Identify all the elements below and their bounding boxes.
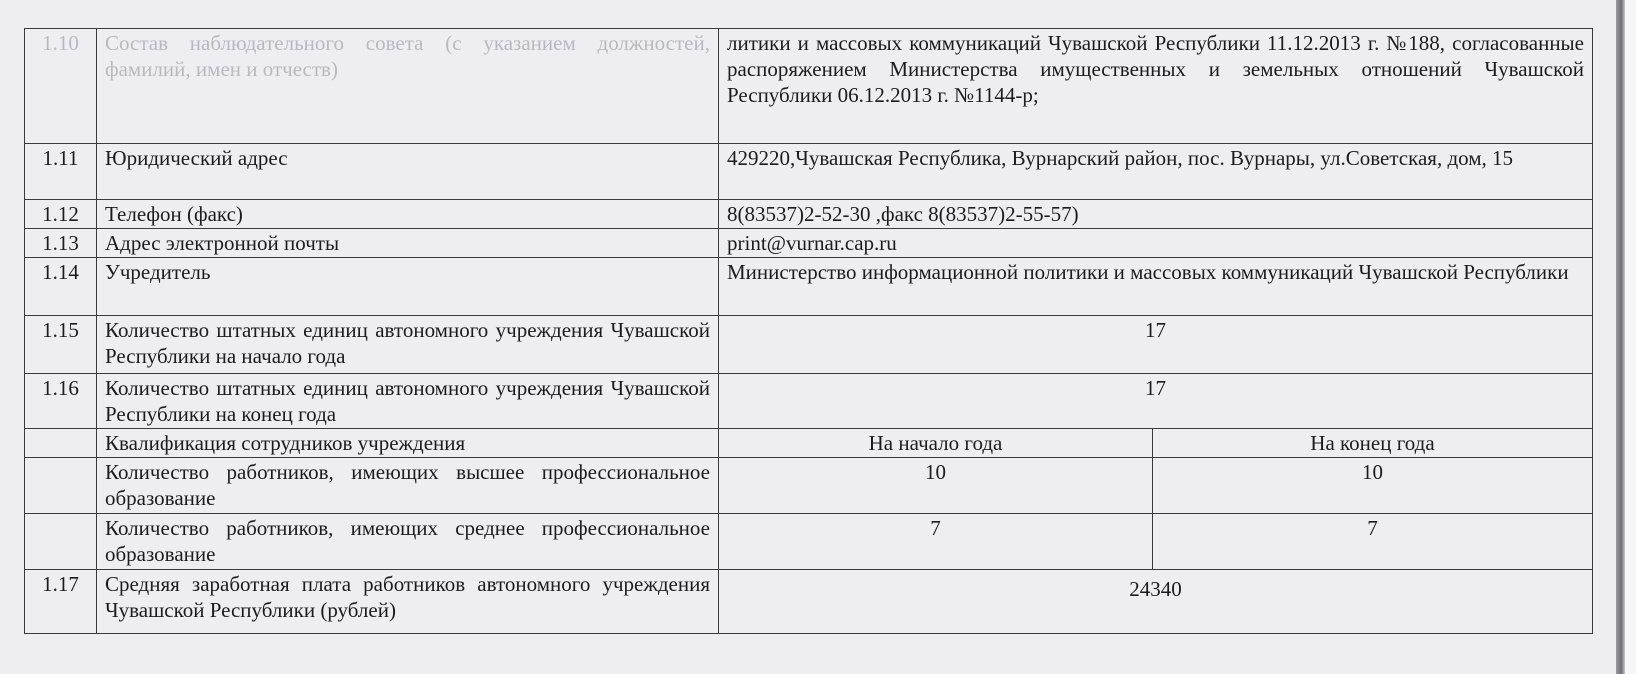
table-row: 1.15 Количество штатных единиц автономно… bbox=[25, 316, 1593, 374]
founder: Министерство информационной политики и м… bbox=[719, 258, 1593, 316]
secondary-education-end: 7 bbox=[1153, 514, 1593, 570]
table-row: 1.16 Количество штатных единиц автономно… bbox=[25, 374, 1593, 429]
row-number-empty bbox=[25, 458, 97, 514]
email-address: print@vurnar.cap.ru bbox=[719, 229, 1593, 258]
row-number: 1.14 bbox=[25, 258, 97, 316]
row-number: 1.10 bbox=[25, 29, 97, 144]
page-edge-shadow bbox=[1616, 0, 1625, 674]
table-row: Количество работников, имеющих среднее п… bbox=[25, 514, 1593, 570]
row-label: Средняя заработная плата работников авто… bbox=[97, 570, 719, 634]
column-header-end: На конец года bbox=[1153, 429, 1593, 458]
row-number: 1.13 bbox=[25, 229, 97, 258]
qualification-label: Квалификация сотрудников учреждения bbox=[97, 429, 719, 458]
row-number: 1.15 bbox=[25, 316, 97, 374]
row-number: 1.16 bbox=[25, 374, 97, 429]
table-row: Квалификация сотрудников учреждения На н… bbox=[25, 429, 1593, 458]
row-label: Адрес электронной почты bbox=[97, 229, 719, 258]
table-row: 1.12 Телефон (факс) 8(83537)2-52-30 ,фак… bbox=[25, 200, 1593, 229]
higher-education-start: 10 bbox=[719, 458, 1153, 514]
row-label: Количество штатных единиц автономного уч… bbox=[97, 316, 719, 374]
row-label: Телефон (факс) bbox=[97, 200, 719, 229]
table-row: 1.11 Юридический адрес 429220,Чувашская … bbox=[25, 144, 1593, 200]
phone-fax: 8(83537)2-52-30 ,факс 8(83537)2-55-57) bbox=[719, 200, 1593, 229]
row-number-empty bbox=[25, 429, 97, 458]
row-label: Количество работников, имеющих среднее п… bbox=[97, 514, 719, 570]
row-label: Количество работников, имеющих высшее пр… bbox=[97, 458, 719, 514]
table-row: 1.13 Адрес электронной почты print@vurna… bbox=[25, 229, 1593, 258]
row-number: 1.17 bbox=[25, 570, 97, 634]
row-number: 1.11 bbox=[25, 144, 97, 200]
row-label: Количество штатных единиц автономного уч… bbox=[97, 374, 719, 429]
row-label: Состав наблюдательного совета (с указани… bbox=[97, 29, 719, 144]
row-number: 1.12 bbox=[25, 200, 97, 229]
legal-address: 429220,Чувашская Республика, Вурнарский … bbox=[719, 144, 1593, 200]
higher-education-end: 10 bbox=[1153, 458, 1593, 514]
scanner-background bbox=[1625, 0, 1636, 674]
table-row: 1.14 Учредитель Министерство информацион… bbox=[25, 258, 1593, 316]
average-salary: 24340 bbox=[719, 570, 1593, 634]
column-header-start: На начало года bbox=[719, 429, 1153, 458]
institution-info-table: 1.10 Состав наблюдательного совета (с ук… bbox=[24, 28, 1593, 634]
row-label: Юридический адрес bbox=[97, 144, 719, 200]
staff-count-end: 17 bbox=[719, 374, 1593, 429]
row-value: литики и массовых коммуникаций Чувашской… bbox=[719, 29, 1593, 144]
table-row: 1.17 Средняя заработная плата работников… bbox=[25, 570, 1593, 634]
row-label: Учредитель bbox=[97, 258, 719, 316]
secondary-education-start: 7 bbox=[719, 514, 1153, 570]
staff-count-start: 17 bbox=[719, 316, 1593, 374]
table-row: 1.10 Состав наблюдательного совета (с ук… bbox=[25, 29, 1593, 144]
table-row: Количество работников, имеющих высшее пр… bbox=[25, 458, 1593, 514]
row-number-empty bbox=[25, 514, 97, 570]
